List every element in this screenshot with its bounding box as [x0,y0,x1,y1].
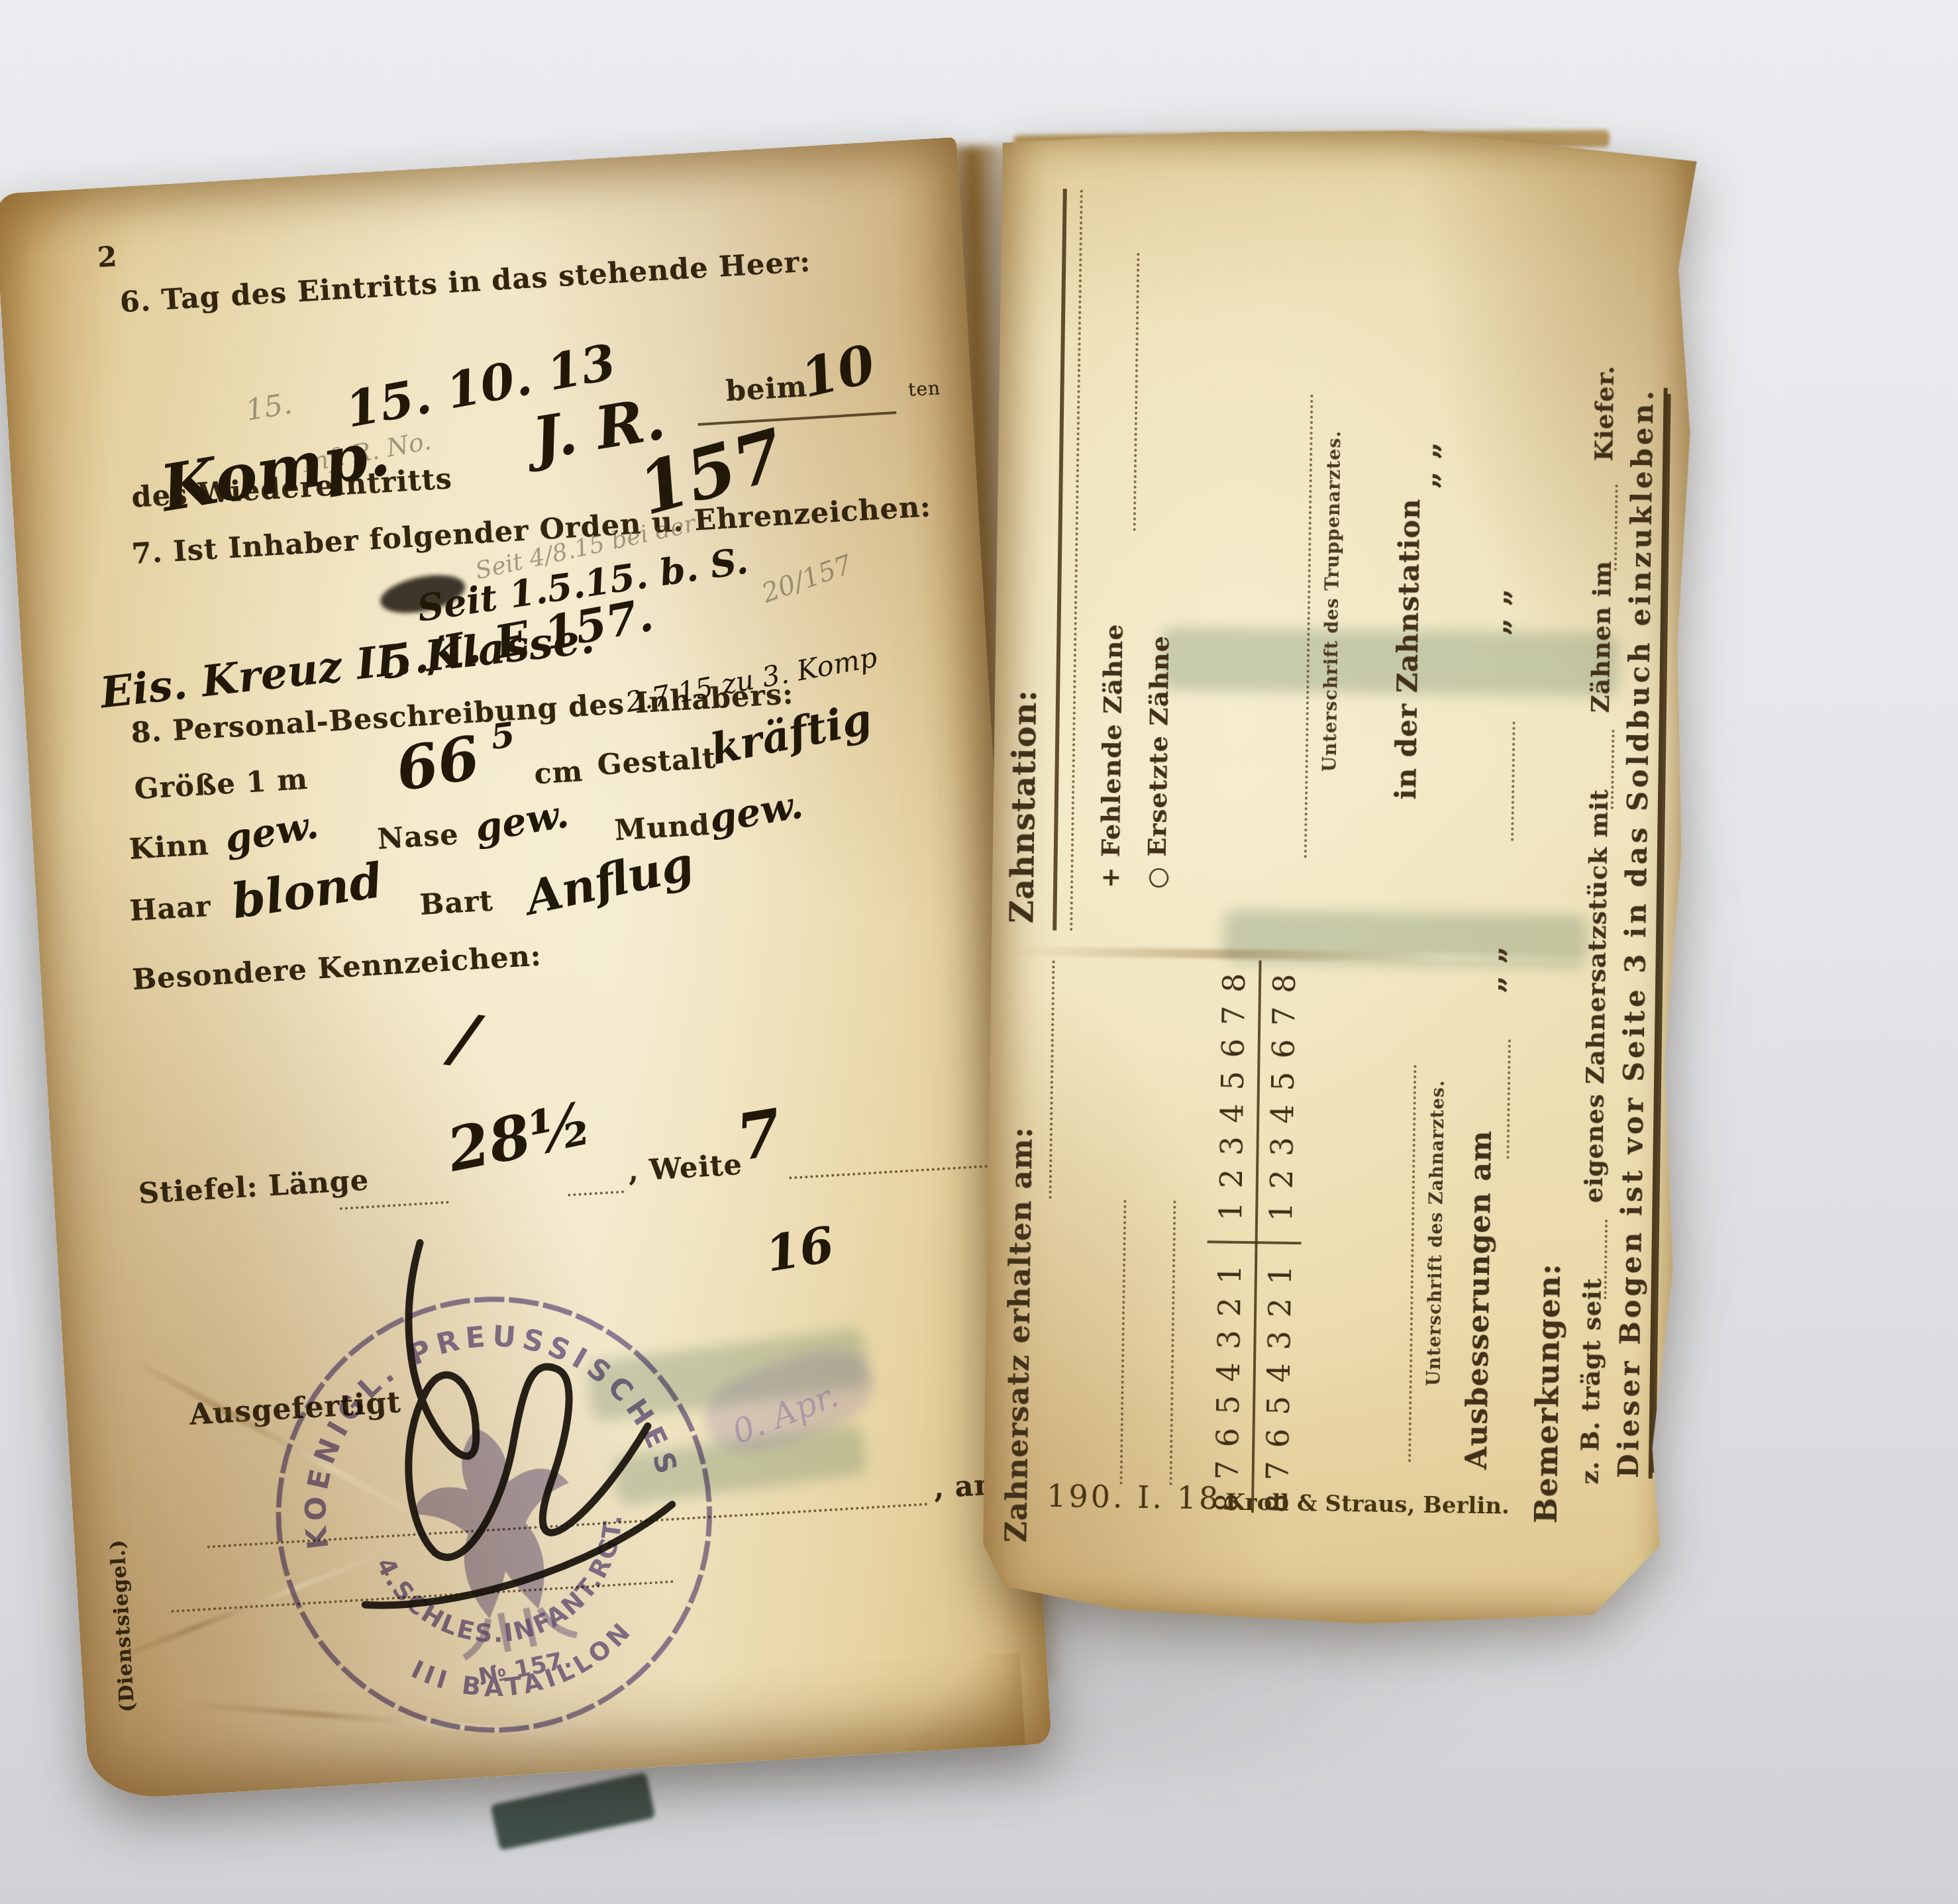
height-handwriting: 66 [391,723,485,805]
upper-right-quadrant: 12345678 [1213,960,1252,1221]
mund-handwriting: gew. [706,782,806,842]
dotted-line [1604,1220,1608,1299]
bemerkung-part3: Zähnen im [1586,560,1617,713]
bemerkungen-label: Bemerkungen: [1528,1263,1567,1524]
dotted-line [340,1201,449,1210]
ditto-marks: „ „ [1474,945,1511,993]
zahnstation-rule [1053,189,1067,930]
komp-handwriting: Komp. [156,415,395,526]
bemerkung-part4: Kiefer. [1589,365,1620,462]
quadrant-gap [1241,1221,1241,1252]
upper-teeth-row: 8765432112345678 [1209,960,1262,1513]
imprint-number: 190. I. 18. [1047,1478,1233,1517]
in-der-zahnstation-label: in der Zahnstation [1390,498,1426,800]
bemerkung-part1: z. B. trägt seit [1575,1278,1607,1484]
ditto-marks: „ „ [1479,587,1516,636]
worn-corner [0,188,99,280]
dental-insert-page: Zahnersatz erhalten am: Zahnstation: + F… [982,125,1697,1628]
truppenarzt-caption: Unterschrift des Truppenarztes. [1320,430,1345,772]
pencil-note: 15. [243,387,294,428]
dienstsiegel-label: (Dienstsiegel.) [105,1527,140,1713]
gestalt-label: Gestalt [596,742,717,782]
height-sup-handwriting: 5 [488,715,517,758]
kinn-label: Kinn [129,828,210,866]
glue-instruction: Dieser Bogen ist vor Seite 3 in das Sold… [1612,387,1668,1479]
kinn-handwriting: gew. [221,802,321,862]
haar-label: Haar [129,890,212,928]
ditto-marks: „ „ [1409,440,1445,489]
dotted-line [1506,1039,1511,1158]
ten-suffix: ten [907,377,941,401]
soldbuch-left-page: 2 6. Tag des Eintritts in das stehende H… [0,137,1052,1801]
dotted-line [1511,722,1516,841]
zahnstation-label: Zahnstation: [1004,689,1044,924]
entry-date-label: 6. Tag des Eintritts in das stehende Hee… [119,245,812,319]
signature-line [1304,394,1314,858]
page-number: 2 [97,240,119,274]
haar-handwriting: blond [228,852,386,929]
lower-left-quadrant: 87654321 [1259,1252,1298,1513]
pencil-note: 20/157 [758,549,856,609]
issue-day-handwriting: 16 [762,1216,839,1283]
kennzeichen-label: Besondere Kennzeichen: [131,939,542,997]
zahnersatz-label: Zahnersatz erhalten am: [1000,1127,1039,1543]
ausbesserungen-label: Ausbesserungen am [1460,1130,1498,1470]
dental-chart: 8765432112345678 8765432112345678 [1209,960,1303,1513]
dotted-line [1614,485,1618,571]
dotted-line [1119,1199,1126,1484]
unit-number-handwriting: 10 [795,332,881,410]
bemerkung-part2: eigenes Zahnersatzstück mit [1578,789,1614,1203]
stiefel-label: Stiefel: Länge [138,1164,370,1211]
nase-label: Nase [377,818,460,856]
bart-label: Bart [419,885,495,922]
cm-label: cm [533,755,584,791]
dotted-line [1070,189,1083,930]
zahnarzt-caption: Unterschrift des Zahnarztes. [1424,1079,1449,1386]
dental-insert-wrap: Zahnersatz erhalten am: Zahnstation: + F… [982,125,1705,1658]
groesse-label: Größe 1 m [133,763,309,806]
dotted-line [1169,1200,1176,1485]
signature-line [1408,1065,1416,1462]
dotted-line [789,1165,988,1179]
upper-left-quadrant: 87654321 [1209,1251,1248,1513]
lower-teeth-row: 8765432112345678 [1259,960,1303,1513]
beim-label: beim [725,370,808,408]
torn-corner [901,1652,1025,1752]
dotted-line [1133,253,1140,531]
boot-length-handwriting: 28½ [442,1088,598,1185]
dotted-line [1049,960,1055,1199]
bart-handwriting: Anflug [521,835,698,925]
quadrant-gap [1291,1222,1292,1252]
nase-handwriting: gew. [472,791,572,851]
lower-right-quadrant: 12345678 [1263,960,1302,1222]
dental-form-rotated: Zahnersatz erhalten am: Zahnstation: + F… [983,165,1665,1565]
kennzeichen-slash: / [446,997,482,1078]
photo-backdrop: 2 6. Tag des Eintritts in das stehende H… [0,0,1958,1904]
dotted-line [1611,730,1615,809]
weite-label: , Weite [627,1148,743,1188]
imprint-printer: Kroll & Straus, Berlin. [1225,1489,1510,1520]
legend-missing-teeth: + Fehlende Zähne [1095,623,1129,888]
legend-replaced-teeth: ○ Ersetzte Zähne [1141,635,1174,889]
